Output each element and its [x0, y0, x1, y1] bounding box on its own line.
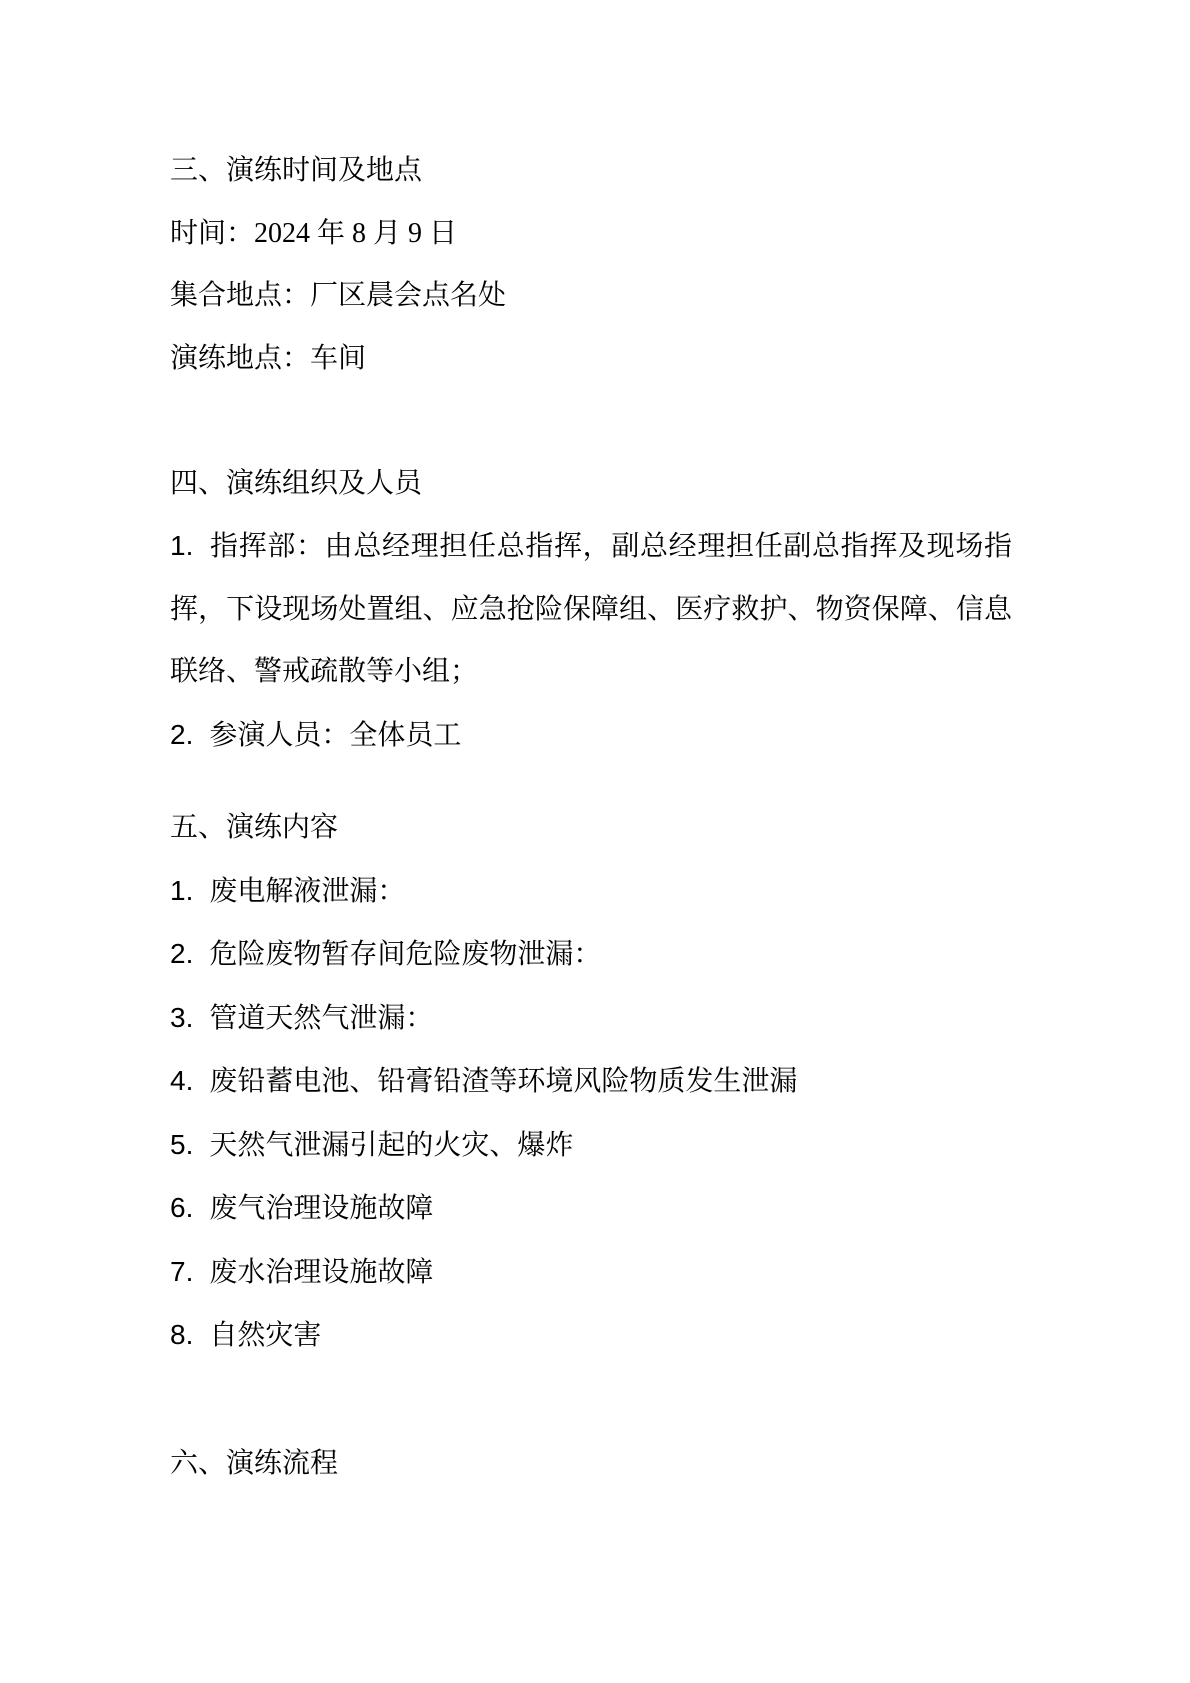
list-text: 废电解液泄漏： — [209, 876, 405, 907]
section6-heading: 六、演练流程 — [170, 1433, 1012, 1496]
section5-item-6: 6.废气治理设施故障 — [170, 1177, 1012, 1241]
section3-line-assembly-point: 集合地点：厂区晨会点名处 — [170, 265, 1012, 328]
list-number: 6. — [170, 1177, 193, 1240]
list-text: 天然气泄漏引起的火灾、爆炸 — [209, 1130, 573, 1161]
list-number: 4. — [170, 1050, 193, 1113]
document-page: 三、演练时间及地点 时间：2024 年 8 月 9 日 集合地点：厂区晨会点名处… — [0, 0, 1190, 1683]
list-text: 参演人员：全体员工 — [209, 720, 461, 751]
list-number: 8. — [170, 1304, 193, 1367]
section3-line-drill-location: 演练地点：车间 — [170, 328, 1012, 391]
list-number: 2. — [170, 923, 193, 986]
list-text: 管道天然气泄漏： — [209, 1003, 433, 1034]
list-number: 3. — [170, 987, 193, 1050]
section5-item-2: 2.危险废物暂存间危险废物泄漏： — [170, 923, 1012, 987]
list-text: 废铅蓄电池、铅膏铅渣等环境风险物质发生泄漏 — [209, 1066, 797, 1097]
section5-item-4: 4.废铅蓄电池、铅膏铅渣等环境风险物质发生泄漏 — [170, 1050, 1012, 1114]
list-text: 废气治理设施故障 — [209, 1193, 433, 1224]
list-text: 指挥部：由总经理担任总指挥，副总经理担任副总指挥及现场指挥，下设现场处置组、应急… — [170, 531, 1012, 687]
list-number: 2. — [170, 704, 193, 767]
section5-item-3: 3.管道天然气泄漏： — [170, 987, 1012, 1051]
section5-item-5: 5.天然气泄漏引起的火灾、爆炸 — [170, 1114, 1012, 1178]
section4-item-2: 2.参演人员：全体员工 — [170, 704, 1012, 768]
document-content: 三、演练时间及地点 时间：2024 年 8 月 9 日 集合地点：厂区晨会点名处… — [170, 140, 1012, 1495]
section4-heading: 四、演练组织及人员 — [170, 453, 1012, 516]
list-number: 5. — [170, 1114, 193, 1177]
section3-heading: 三、演练时间及地点 — [170, 140, 1012, 203]
list-text: 废水治理设施故障 — [209, 1257, 433, 1288]
list-text: 危险废物暂存间危险废物泄漏： — [209, 939, 601, 970]
list-text: 自然灾害 — [209, 1320, 321, 1351]
list-number: 1. — [170, 860, 193, 923]
section3-line-time: 时间：2024 年 8 月 9 日 — [170, 203, 1012, 266]
section4-item-1: 1.指挥部：由总经理担任总指挥，副总经理担任副总指挥及现场指挥，下设现场处置组、… — [170, 515, 1012, 704]
section5-item-8: 8.自然灾害 — [170, 1304, 1012, 1368]
section5-item-7: 7.废水治理设施故障 — [170, 1241, 1012, 1305]
section5-heading: 五、演练内容 — [170, 797, 1012, 860]
section5-item-1: 1.废电解液泄漏： — [170, 860, 1012, 924]
list-number: 1. — [170, 515, 193, 578]
list-number: 7. — [170, 1241, 193, 1304]
